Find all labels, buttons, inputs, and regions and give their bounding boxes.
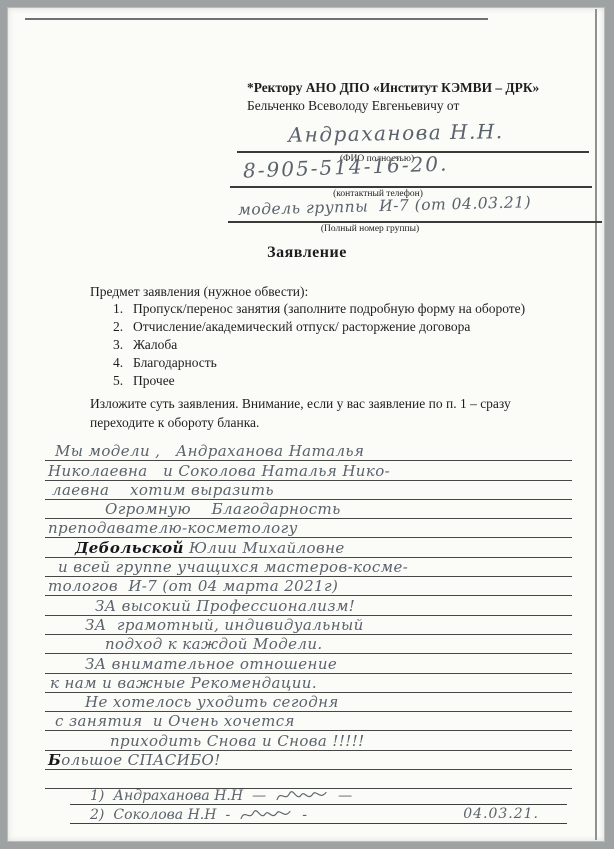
- handwriting-line: подход к каждой Модели.: [45, 635, 572, 654]
- handwriting-bold-word: Дебольской: [75, 541, 184, 556]
- subject-item-number: 5.: [113, 373, 133, 391]
- handwriting-text: подход к каждой Модели.: [105, 637, 323, 652]
- dash: -: [302, 808, 307, 822]
- handwriting-line: Мы модели , Андраханова Наталья: [45, 442, 572, 461]
- handwriting-line: ЗА грамотный, индивидуальный: [45, 616, 572, 635]
- recipient-line-1: *Ректору АНО ДПО «Институт КЭМВИ – ДРК»: [247, 79, 567, 97]
- handwriting-text: к нам и важные Рекомендации.: [50, 676, 317, 691]
- signatory-name: Соколова Н.Н: [113, 808, 216, 822]
- handwriting-text: тологов И-7 (от 04 марта 2021г): [48, 579, 338, 594]
- dash: —: [252, 789, 266, 803]
- handwriting-line: Николаевна и Соколова Наталья Нико-: [45, 461, 572, 480]
- scan-artifact-right-line: [595, 9, 597, 840]
- instruction-line-1: Изложите суть заявления. Внимание, если …: [90, 395, 560, 414]
- subject-item-number: 3.: [113, 337, 133, 355]
- subject-item-label: Отчисление/академический отпуск/ расторж…: [133, 319, 470, 337]
- handwriting-text: преподавателю-косметологу: [48, 521, 298, 536]
- handwriting-line: Дебольской Юлии Михайловне: [45, 538, 572, 557]
- subject-item-label: Жалоба: [133, 337, 177, 355]
- handwriting-text: ЗА внимательное отношение: [85, 657, 337, 672]
- handwriting-line: лаевна хотим выразить: [45, 481, 572, 500]
- handwriting-line: преподавателю-косметологу: [45, 519, 572, 538]
- scanned-application-form: *Ректору АНО ДПО «Институт КЭМВИ – ДРК» …: [0, 0, 614, 849]
- handwriting-text: ЗА высокий Профессионализм!: [95, 599, 355, 614]
- handwriting-line: тологов И-7 (от 04 марта 2021г): [45, 577, 572, 596]
- signatory-name: Андраханова Н.Н: [113, 789, 243, 803]
- group-field-label: (Полный номер группы): [230, 224, 510, 234]
- signature-block: 1) Андраханова Н.Н — — 2) Соколова Н.Н -…: [70, 786, 567, 824]
- handwriting-line: и всей группе учащихся мастеров-косме-: [45, 558, 572, 577]
- handwritten-statement-body: Мы модели , Андраханова Наталья Николаев…: [45, 442, 572, 789]
- subject-item-number: 2.: [113, 319, 133, 337]
- instruction-line-2: переходите к обороту бланка.: [90, 414, 560, 433]
- subject-list-item: 1. Пропуск/перенос занятия (заполните по…: [113, 301, 525, 319]
- subject-list: 1. Пропуск/перенос занятия (заполните по…: [113, 301, 525, 391]
- signature-number: 1): [90, 789, 104, 803]
- phone-underline: [230, 186, 592, 188]
- handwriting-line: приходить Снова и Снова !!!!!: [45, 731, 572, 750]
- subject-item-number: 4.: [113, 355, 133, 373]
- subject-list-item: 4. Благодарность: [113, 355, 525, 373]
- recipient-line-2: Бельченко Всеволоду Евгеньевичу от: [247, 97, 567, 115]
- handwriting-bold-word: Б: [48, 753, 61, 768]
- signature-scribble: [275, 788, 329, 804]
- handwriting-text: приходить Снова и Снова !!!!!: [110, 734, 365, 749]
- handwriting-line: Не хотелось уходить сегодня: [45, 693, 572, 712]
- handwriting-text: Не хотелось уходить сегодня: [85, 695, 339, 710]
- instruction-paragraph: Изложите суть заявления. Внимание, если …: [90, 395, 560, 432]
- document-title: Заявление: [0, 244, 614, 262]
- handwriting-line: к нам и важные Рекомендации.: [45, 674, 572, 693]
- subject-item-label: Прочее: [133, 373, 175, 391]
- subject-heading: Предмет заявления (нужное обвести):: [90, 284, 308, 300]
- group-underline: [228, 221, 602, 223]
- subject-list-item: 3. Жалоба: [113, 337, 525, 355]
- handwriting-line: Огромную Благодарность: [45, 500, 572, 519]
- dash: -: [225, 808, 230, 822]
- signature-row: 1) Андраханова Н.Н — —: [70, 786, 567, 805]
- handwriting-text: и всей группе учащихся мастеров-косме-: [58, 560, 408, 575]
- handwriting-text: ЗА грамотный, индивидуальный: [85, 618, 364, 633]
- scan-artifact-top-line: [25, 18, 488, 20]
- subject-item-label: Пропуск/перенос занятия (заполните подро…: [133, 301, 525, 319]
- handwriting-text: с занятия и Очень хочется: [55, 714, 295, 729]
- subject-item-label: Благодарность: [133, 355, 217, 373]
- subject-list-item: 5. Прочее: [113, 373, 525, 391]
- subject-item-number: 1.: [113, 301, 133, 319]
- handwriting-line: ЗА внимательное отношение: [45, 654, 572, 673]
- handwriting-text: Юлии Михайловне: [184, 541, 345, 556]
- handwriting-text: Огромную Благодарность: [105, 502, 341, 517]
- handwriting-text: ольшое СПАСИБО!: [61, 753, 220, 768]
- recipient-block: *Ректору АНО ДПО «Институт КЭМВИ – ДРК» …: [247, 79, 567, 114]
- signature-date: 04.03.21.: [463, 807, 539, 821]
- fio-handwritten-value: Андраханова Н.Н.: [288, 119, 504, 147]
- handwriting-text: Мы модели , Андраханова Наталья: [55, 444, 364, 459]
- subject-list-item: 2. Отчисление/академический отпуск/ раст…: [113, 319, 525, 337]
- handwriting-line: ЗА высокий Профессионализм!: [45, 596, 572, 615]
- handwriting-line: с занятия и Очень хочется: [45, 712, 572, 731]
- signature-number: 2): [90, 808, 104, 822]
- signature-row: 2) Соколова Н.Н - - 04.03.21.: [70, 805, 567, 824]
- handwriting-text: лаевна хотим выразить: [52, 483, 274, 498]
- signature-scribble: [239, 807, 293, 823]
- handwriting-line: Б ольшое СПАСИБО!: [45, 751, 572, 770]
- handwriting-text: Николаевна и Соколова Наталья Нико-: [48, 464, 390, 479]
- dash: —: [338, 789, 352, 803]
